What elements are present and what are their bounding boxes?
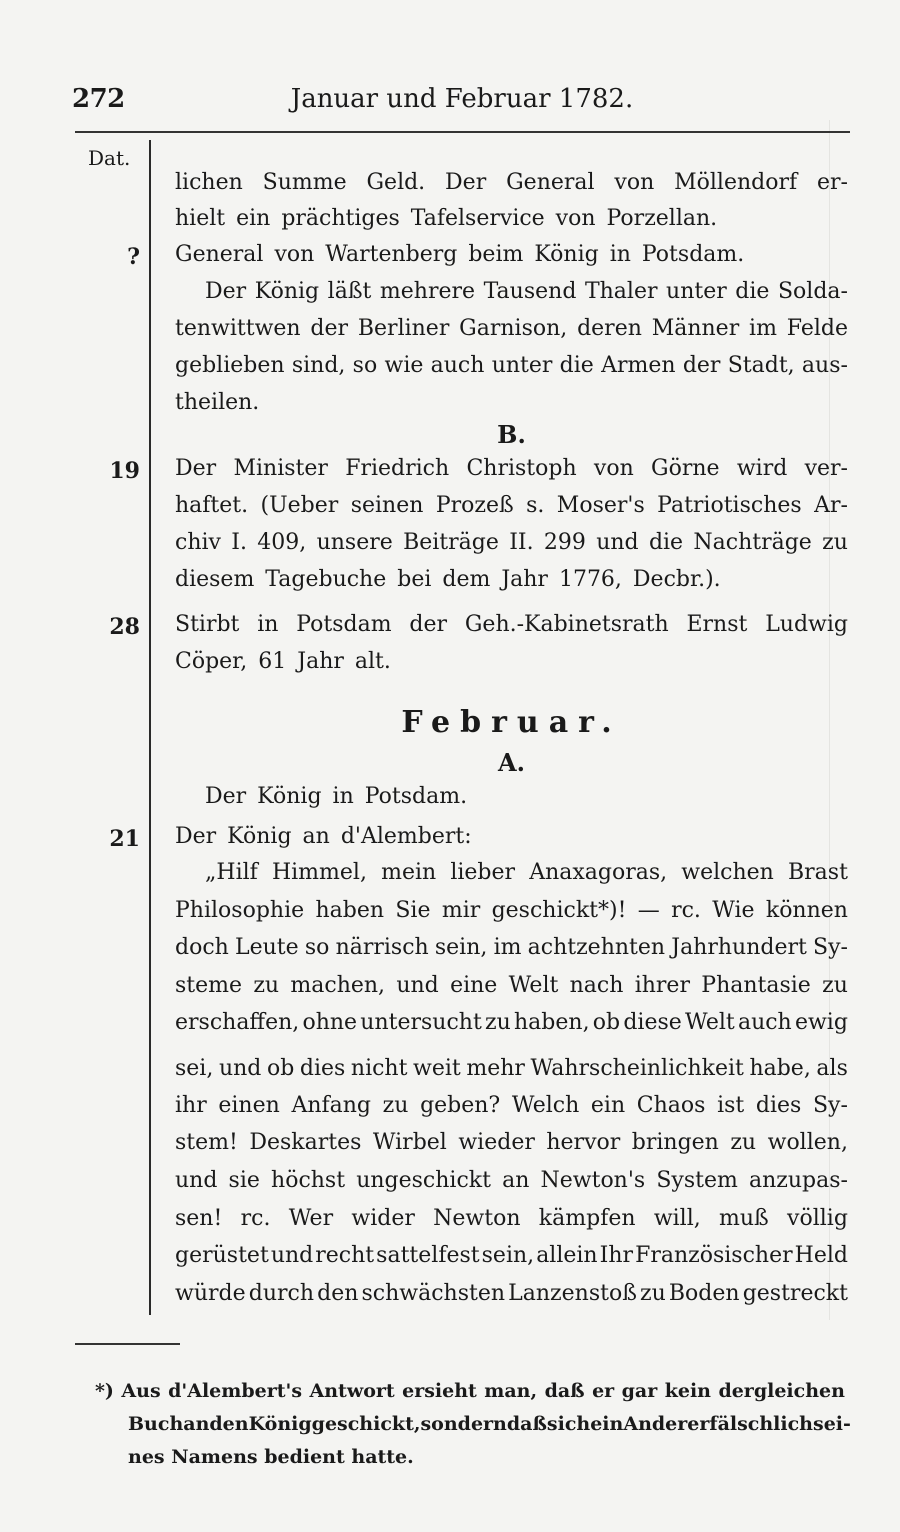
text-line: diesem Tagebuche bei dem Jahr 1776, Decb…: [175, 569, 848, 595]
text-line: lichenSummeGeld.DerGeneralvonMöllendorfe…: [175, 172, 848, 198]
text-line: haftet.(UeberseinenProzeßs.Moser'sPatrio…: [175, 495, 848, 521]
section-heading-b: B.: [175, 420, 848, 449]
text-line: tenwittwenderBerlinerGarnison,derenMänne…: [175, 318, 848, 344]
text-line: Cöper, 61 Jahr alt.: [175, 651, 848, 677]
header-rule: [75, 131, 850, 133]
text-line: Der König an d'Alembert:: [175, 826, 848, 852]
text-line: theilen.: [175, 392, 848, 418]
text-line: StirbtinPotsdamderGeh.-KabinetsrathErnst…: [175, 614, 848, 640]
month-heading: Februar.: [175, 705, 848, 740]
date-marker: 21: [95, 826, 140, 852]
text-line: dochLeutesonärrischsein,imachtzehntenJah…: [175, 937, 848, 963]
text-line: PhilosophiehabenSiemirgeschickt*)!—rc.Wi…: [175, 900, 848, 926]
page-header: Januar und Februar 1782. 272: [72, 84, 852, 120]
text-line: stem!DeskartesWirbelwiederhervorbringenz…: [175, 1132, 848, 1158]
footnote-line: *)Ausd'Alembert'sAntwortersiehtman,daßer…: [95, 1380, 845, 1402]
section-heading-a: A.: [175, 748, 848, 777]
date-marker: 28: [95, 614, 140, 640]
text-line: würdedurchdenschwächstenLanzenstoßzuBode…: [175, 1283, 848, 1309]
footnote-line: nes Namens bedient hatte.: [128, 1446, 845, 1468]
footnote-rule: [75, 1343, 180, 1345]
text-line: General von Wartenberg beim König in Pot…: [175, 244, 848, 270]
text-line: „HilfHimmel,meinlieberAnaxagoras,welchen…: [205, 862, 848, 888]
text-line: erschaffen,ohneuntersuchtzuhaben,obdiese…: [175, 1012, 848, 1038]
text-line: gebliebensind,sowieauchunterdieArmenderS…: [175, 355, 848, 381]
date-marker: ?: [95, 244, 140, 270]
text-line: Der König in Potsdam.: [205, 786, 848, 812]
text-line: undsiehöchstungeschicktanNewton'sSystema…: [175, 1170, 848, 1196]
text-line: DerKönigläßtmehrereTausendThalerunterdie…: [205, 281, 848, 307]
text-line: sei,undobdiesnichtweitmehrWahrscheinlich…: [175, 1058, 848, 1084]
date-marker: 19: [95, 458, 140, 484]
text-line: stemezumachen,undeineWeltnachihrerPhanta…: [175, 975, 848, 1001]
date-column-label: Dat.: [88, 146, 130, 170]
text-line: sen!rc.WerwiderNewtonkämpfenwill,mußvöll…: [175, 1208, 848, 1234]
book-page: Januar und Februar 1782. 272 Dat. lichen…: [0, 0, 900, 1532]
text-line: DerMinisterFriedrichChristophvonGörnewir…: [175, 458, 848, 484]
text-line: gerüstetundrechtsattelfestsein,alleinIhr…: [175, 1245, 848, 1271]
running-head: Januar und Februar 1782.: [72, 84, 852, 114]
text-line: ihreinenAnfangzugeben?WelcheinChaosistdi…: [175, 1095, 848, 1121]
date-column-rule: [149, 140, 151, 1315]
footnote-line: BuchandenKöniggeschickt,sonderndaßsichei…: [128, 1413, 845, 1435]
text-line: chivI.409,unsereBeiträgeII.299unddieNach…: [175, 532, 848, 558]
text-line: hielt ein prächtiges Tafelservice von Po…: [175, 208, 848, 234]
page-number: 272: [72, 84, 125, 114]
